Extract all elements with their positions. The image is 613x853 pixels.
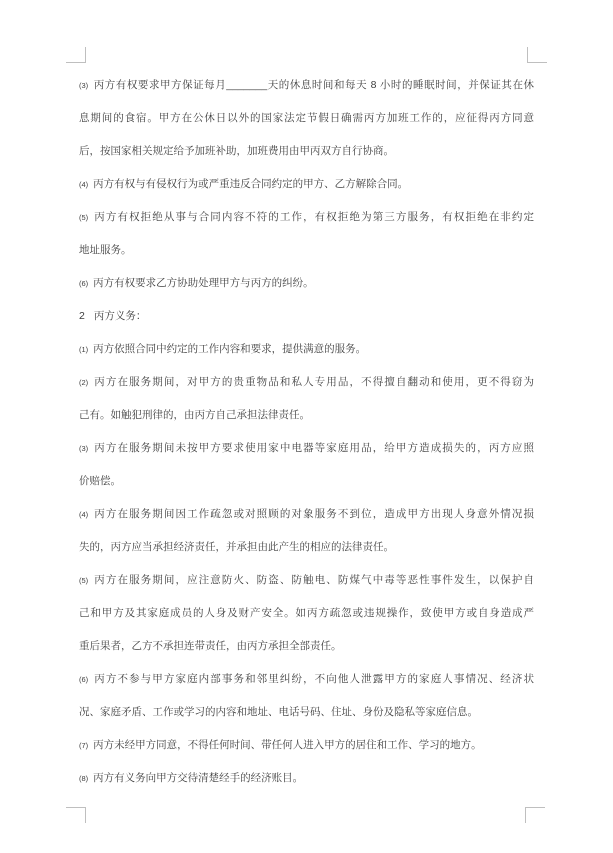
line-text: 重后果者，乙方不承担连带责任，由丙方承担全部责任。 [79, 640, 342, 652]
document-line: 重后果者，乙方不承担连带责任，由丙方承担全部责任。 [79, 630, 534, 663]
line-text: 失的，丙方应当承担经济责任，并承担由此产生的相应的法律责任。 [79, 541, 394, 553]
line-text: 丙方有义务向甲方交待清楚经手的经济账目。 [93, 772, 303, 784]
line-text: 丙方有权要求甲方保证每月_______天的休息时间和每天 8 小时的睡眠时间，并… [93, 79, 534, 91]
document-line: (7)丙方未经甲方同意，不得任何时间、带任何人进入甲方的居住和工作、学习的地方。 [79, 729, 534, 762]
document-line: 价赔偿。 [79, 465, 534, 498]
line-text: 丙方有权拒绝从事与合同内容不符的工作，有权拒绝为第三方服务，有权拒绝在非约定 [93, 211, 534, 223]
line-text: 丙方未经甲方同意，不得任何时间、带任何人进入甲方的居住和工作、学习的地方。 [93, 739, 482, 751]
line-text: 丙方在服务期间未按甲方要求使用家中电器等家庭用品，给甲方造成损失的，丙方应照 [93, 442, 534, 454]
section-number: 2 [79, 310, 85, 322]
document-line: (2)丙方在服务期间，对甲方的贵重物品和私人专用品，不得擅自翻动和使用，更不得窃… [79, 366, 534, 399]
document-line: (5)丙方在服务期间，应注意防火、防盗、防触电、防煤气中毒等恶性事件发生，以保护… [79, 564, 534, 597]
document-line: (4)丙方在服务期间因工作疏忽或对照顾的对象服务不到位，造成甲方出现人身意外情况… [79, 498, 534, 531]
list-number: (3) [79, 444, 88, 453]
list-number: (6) [79, 675, 88, 684]
line-text: 价赔偿。 [79, 475, 121, 487]
margin-crop-mark-bottom-right [525, 807, 545, 823]
document-line: 失的，丙方应当承担经济责任，并承担由此产生的相应的法律责任。 [79, 531, 534, 564]
line-text: 丙方义务： [94, 310, 147, 322]
list-number: (2) [79, 378, 88, 387]
list-number: (5) [79, 213, 88, 222]
document-line: 己有。如触犯刑律的，由丙方自己承担法律责任。 [79, 399, 534, 432]
document-line: 况、家庭矛盾、工作或学习的内容和地址、电话号码、住址、身份及隐私等家庭信息。 [79, 696, 534, 729]
list-number: (4) [79, 510, 88, 519]
line-text: 丙方依照合同中约定的工作内容和要求，提供满意的服务。 [93, 343, 366, 355]
line-text: 丙方在服务期间，对甲方的贵重物品和私人专用品，不得擅自翻动和使用，更不得窃为 [93, 376, 534, 388]
list-number: (3) [79, 81, 88, 90]
list-number: (5) [79, 576, 88, 585]
margin-crop-mark-bottom-left [66, 807, 86, 823]
document-line: 息期间的食宿。甲方在公休日以外的国家法定节假日确需丙方加班工作的，应征得丙方同意 [79, 102, 534, 135]
line-text: 后，按国家相关规定给予加班补助，加班费用由甲丙双方自行协商。 [79, 145, 394, 157]
document-page: (3)丙方有权要求甲方保证每月_______天的休息时间和每天 8 小时的睡眠时… [0, 0, 613, 853]
margin-crop-mark-top-left [66, 47, 86, 63]
line-text: 丙方不参与甲方家庭内部事务和邻里纠纷，不向他人泄露甲方的家庭人事情况、经济状 [93, 673, 534, 685]
list-number: (1) [79, 345, 88, 354]
document-line: (3)丙方有权要求甲方保证每月_______天的休息时间和每天 8 小时的睡眠时… [79, 69, 534, 102]
document-line: (6)丙方不参与甲方家庭内部事务和邻里纠纷，不向他人泄露甲方的家庭人事情况、经济… [79, 663, 534, 696]
document-line: (1)丙方依照合同中约定的工作内容和要求，提供满意的服务。 [79, 333, 534, 366]
line-text: 己和甲方及其家庭成员的人身及财产安全。如丙方疏忽或违规操作，致使甲方或自身造成严 [79, 607, 534, 619]
list-number: (7) [79, 741, 88, 750]
line-text: 地址服务。 [79, 244, 132, 256]
margin-crop-mark-top-right [527, 47, 547, 63]
line-text: 丙方在服务期间因工作疏忽或对照顾的对象服务不到位，造成甲方出现人身意外情况损 [93, 508, 534, 520]
line-text: 况、家庭矛盾、工作或学习的内容和地址、电话号码、住址、身份及隐私等家庭信息。 [79, 706, 478, 718]
line-text: 丙方有权与有侵权行为或严重违反合同约定的甲方、乙方解除合同。 [93, 178, 408, 190]
document-body: (3)丙方有权要求甲方保证每月_______天的休息时间和每天 8 小时的睡眠时… [79, 69, 534, 795]
document-line: (6)丙方有权要求乙方协助处理甲方与丙方的纠纷。 [79, 267, 534, 300]
list-number: (6) [79, 279, 88, 288]
list-number: (4) [79, 180, 88, 189]
document-line: (3)丙方在服务期间未按甲方要求使用家中电器等家庭用品，给甲方造成损失的，丙方应… [79, 432, 534, 465]
section-heading: 2丙方义务： [79, 300, 534, 333]
list-number: (8) [79, 774, 88, 783]
document-line: 地址服务。 [79, 234, 534, 267]
line-text: 丙方在服务期间，应注意防火、防盗、防触电、防煤气中毒等恶性事件发生，以保护自 [93, 574, 534, 586]
document-line: 后，按国家相关规定给予加班补助，加班费用由甲丙双方自行协商。 [79, 135, 534, 168]
line-text: 丙方有权要求乙方协助处理甲方与丙方的纠纷。 [93, 277, 314, 289]
document-line: 己和甲方及其家庭成员的人身及财产安全。如丙方疏忽或违规操作，致使甲方或自身造成严 [79, 597, 534, 630]
line-text: 息期间的食宿。甲方在公休日以外的国家法定节假日确需丙方加班工作的，应征得丙方同意 [79, 112, 534, 124]
document-line: (8)丙方有义务向甲方交待清楚经手的经济账目。 [79, 762, 534, 795]
document-line: (4)丙方有权与有侵权行为或严重违反合同约定的甲方、乙方解除合同。 [79, 168, 534, 201]
document-line: (5)丙方有权拒绝从事与合同内容不符的工作，有权拒绝为第三方服务，有权拒绝在非约… [79, 201, 534, 234]
line-text: 己有。如触犯刑律的，由丙方自己承担法律责任。 [79, 409, 310, 421]
